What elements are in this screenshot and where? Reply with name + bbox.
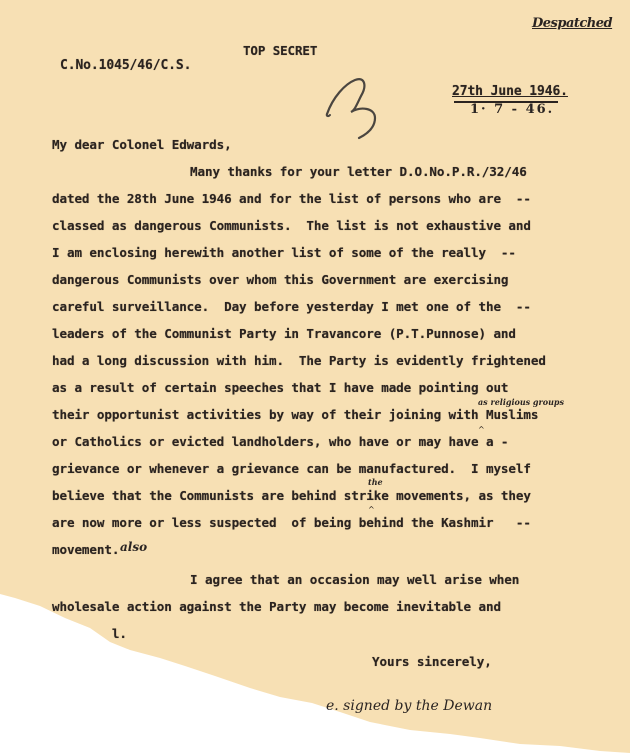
body-line: movement.	[52, 542, 119, 557]
insertion-caret: ^	[478, 425, 485, 434]
document-page: Despatched TOP SECRET C.No.1045/46/C.S. …	[0, 0, 630, 754]
classification-heading: TOP SECRET	[243, 43, 317, 58]
body-line: I agree that an occasion may well arise …	[190, 572, 519, 587]
salutation: My dear Colonel Edwards,	[52, 137, 232, 152]
handwritten-insertion-religious-groups: as religious groups	[478, 397, 564, 407]
signature-note: e. signed by the Dewan	[326, 698, 492, 714]
body-line: or Catholics or evicted landholders, who…	[52, 434, 508, 449]
body-line: believe that the Communists are behind s…	[52, 488, 531, 503]
body-line: as a result of certain speeches that I h…	[52, 380, 508, 395]
handwritten-insertion-the: the	[368, 477, 383, 487]
despatched-annotation: Despatched	[532, 16, 612, 31]
reference-number: C.No.1045/46/C.S.	[60, 58, 191, 73]
body-line: dangerous Communists over whom this Gove…	[52, 272, 508, 287]
handwritten-insertion-also: also	[120, 540, 147, 554]
body-line-torn: essential.	[52, 626, 127, 641]
body-line: I am enclosing herewith another list of …	[52, 245, 516, 260]
body-line: their opportunist activities by way of t…	[52, 407, 538, 422]
body-line: are now more or less suspected of being …	[52, 515, 531, 530]
body-line: Many thanks for your letter D.O.No.P.R./…	[190, 164, 527, 179]
body-line: leaders of the Communist Party in Travan…	[52, 326, 516, 341]
page-number-mark	[305, 72, 385, 152]
insertion-caret: ^	[368, 505, 375, 514]
body-line: grievance or whenever a grievance can be…	[52, 461, 531, 476]
body-line: classed as dangerous Communists. The lis…	[52, 218, 531, 233]
body-line: dated the 28th June 1946 and for the lis…	[52, 191, 531, 206]
closing: Yours sincerely,	[372, 654, 492, 669]
typed-date: 27th June 1946.	[452, 84, 568, 99]
handwritten-date: 1· 7 - 46.	[470, 102, 554, 117]
body-line: had a long discussion with him. The Part…	[52, 353, 546, 368]
body-line: wholesale action against the Party may b…	[52, 599, 501, 614]
body-line: careful surveillance. Day before yesterd…	[52, 299, 531, 314]
